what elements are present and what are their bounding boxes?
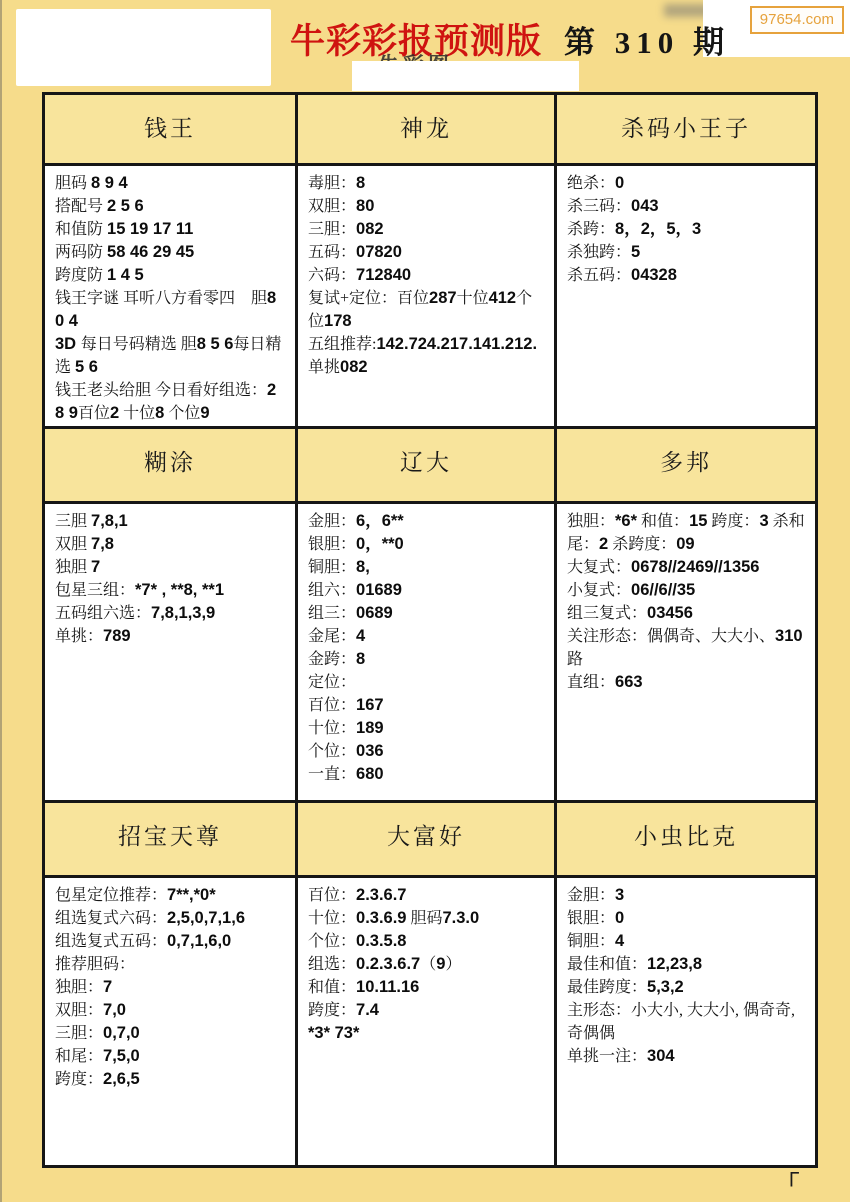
prediction-line: 直组：663 (567, 671, 809, 694)
prediction-label: 和值防 (55, 221, 107, 238)
prediction-label: 独胆 (55, 559, 91, 576)
prediction-value: 7,8,1 (91, 512, 128, 530)
prediction-line: 金胆：6，6** (308, 510, 548, 533)
panel-header-liaoda: 辽大 (298, 429, 554, 501)
prediction-label: 钱王字谜 耳听八方看零四 胆 (55, 290, 267, 307)
prediction-line: 钱王字谜 耳听八方看零四 胆8 0 4 (55, 287, 289, 333)
panel-header-qianwang: 钱王 (45, 95, 295, 163)
prediction-label: 十位 (457, 290, 489, 307)
prediction-line: 五码：07820 (308, 241, 548, 264)
prediction-value: 0 (615, 174, 624, 192)
prediction-value: 09 (676, 535, 694, 553)
panel-content-duobang: 独胆：*6* 和值：15 跨度：3 杀和尾：2 杀跨度：09大复式：0678//… (557, 504, 815, 800)
prediction-value: 7,5,0 (103, 1047, 140, 1065)
prediction-label: 毒胆： (308, 175, 356, 192)
prediction-label: 十位： (308, 910, 356, 927)
prediction-line: 推荐胆码： (55, 953, 289, 976)
prediction-line: 和尾：7,5,0 (55, 1045, 289, 1068)
prediction-label: 组三复式： (567, 605, 647, 622)
prediction-label: 跨度防 (55, 267, 107, 284)
prediction-label: 单挑 (308, 359, 340, 376)
prediction-value: 8 5 6 (197, 335, 234, 353)
prediction-label: 推荐胆码： (55, 956, 135, 973)
panel-header-shamaxiaowangzi: 杀码小王子 (557, 95, 815, 163)
prediction-label: ） (445, 956, 461, 973)
prediction-line: *3* 73* (308, 1022, 548, 1045)
prediction-label: 胆码 (55, 175, 91, 192)
prediction-label: 钱王老头给胆 今日看好组选： (55, 382, 267, 399)
prediction-value: 5,3,2 (647, 978, 684, 996)
prediction-line: 百位：167 (308, 694, 548, 717)
prediction-value: 0678//2469//1356 (631, 558, 759, 576)
prediction-line: 单挑082 (308, 356, 548, 379)
prediction-label: 搭配号 (55, 198, 107, 215)
panel-content-xiaochongbike: 金胆：3银胆：0铜胆：4最佳和值：12,23,8最佳跨度：5,3,2主形态：小大… (557, 878, 815, 1165)
prediction-label: 胆码 (406, 910, 442, 927)
prediction-label: 单挑： (55, 628, 103, 645)
prediction-value: 8 (155, 404, 164, 422)
prediction-value: 7**,*0* (167, 886, 216, 904)
prediction-value: 178 (324, 312, 352, 330)
prediction-value: 712840 (356, 266, 411, 284)
prediction-value: 8 9 4 (91, 174, 128, 192)
prediction-label: 三胆 (55, 513, 91, 530)
prediction-label: 组选复式六码： (55, 910, 167, 927)
panel-header-zhaobaotianzun: 招宝天尊 (45, 803, 295, 875)
scan-edge-line (0, 0, 2, 1202)
prediction-line: 复试+定位：百位287十位412个位178 (308, 287, 548, 333)
prediction-label: 独胆： (567, 513, 615, 530)
prediction-line: 杀五码：04328 (567, 264, 809, 287)
prediction-line: 大复式：0678//2469//1356 (567, 556, 809, 579)
prediction-value: 58 46 29 45 (107, 243, 194, 261)
prediction-line: 单挑：789 (55, 625, 289, 648)
panel-content-hutu: 三胆 7,8,1双胆 7,8独胆 7包星三组：*7* , **8, **1五码组… (45, 504, 295, 800)
prediction-value: 663 (615, 673, 643, 691)
prediction-label: 银胆： (567, 910, 615, 927)
prediction-value: 4 (615, 932, 624, 950)
prediction-label: 五码组六选： (55, 605, 151, 622)
prediction-line: 个位：036 (308, 740, 548, 763)
prediction-label: 金尾： (308, 628, 356, 645)
prediction-line: 三胆：082 (308, 218, 548, 241)
prediction-label: 个位： (308, 743, 356, 760)
prediction-value: 7,0 (103, 1001, 126, 1019)
watermark: 97654.com (750, 6, 844, 34)
prediction-value: 142.724.217.141.212. (376, 335, 537, 353)
prediction-label: 铜胆： (308, 559, 356, 576)
prediction-value: 789 (103, 627, 131, 645)
prediction-line: 最佳跨度：5,3,2 (567, 976, 809, 999)
prediction-label: 复试+定位：百位 (308, 290, 429, 307)
prediction-value: 03456 (647, 604, 693, 622)
prediction-value: 8 (356, 650, 365, 668)
prediction-line: 独胆 7 (55, 556, 289, 579)
prediction-line: 包星三组：*7* , **8, **1 (55, 579, 289, 602)
prediction-value: 2 (599, 535, 608, 553)
prediction-label: 百位 (78, 405, 110, 422)
prediction-value: 5 (631, 243, 640, 261)
prediction-label: 两码防 (55, 244, 107, 261)
prediction-value: *7* , **8, **1 (135, 581, 224, 599)
panel-content-qianwang: 胆码 8 9 4搭配号 2 5 6和值防 15 19 17 11两码防 58 4… (45, 166, 295, 426)
prediction-value: 6，6** (356, 512, 404, 530)
prediction-label: 包星定位推荐： (55, 887, 167, 904)
prediction-label: 个位： (308, 933, 356, 950)
blank-overlay-top-left (16, 9, 271, 86)
prediction-value: 7,8 (91, 535, 114, 553)
prediction-value: 2,6,5 (103, 1070, 140, 1088)
prediction-line: 金跨：8 (308, 648, 548, 671)
prediction-value: 07820 (356, 243, 402, 261)
prediction-line: 跨度：7.4 (308, 999, 548, 1022)
prediction-line: 杀独跨：5 (567, 241, 809, 264)
prediction-line: 双胆：80 (308, 195, 548, 218)
prediction-line: 组六：01689 (308, 579, 548, 602)
prediction-value: 2.3.6.7 (356, 886, 406, 904)
prediction-value: 15 (689, 512, 707, 530)
prediction-line: 铜胆：8, (308, 556, 548, 579)
prediction-value: 7 (91, 558, 100, 576)
panel-header-xiaochongbike: 小虫比克 (557, 803, 815, 875)
prediction-label: 杀跨： (567, 221, 615, 238)
prediction-line: 组选复式六码：2,5,0,7,1,6 (55, 907, 289, 930)
prediction-label: 直组： (567, 674, 615, 691)
prediction-value: 8，2，5，3 (615, 220, 701, 238)
prediction-label: 关注形态：偶偶奇、大大小、 (567, 628, 775, 645)
prediction-value: 304 (647, 1047, 675, 1065)
prediction-line: 两码防 58 46 29 45 (55, 241, 289, 264)
prediction-label: 杀独跨： (567, 244, 631, 261)
prediction-label: 金跨： (308, 651, 356, 668)
prediction-label: 双胆： (308, 198, 356, 215)
prediction-value: 310 (775, 627, 803, 645)
prediction-value: 01689 (356, 581, 402, 599)
prediction-line: 最佳和值：12,23,8 (567, 953, 809, 976)
prediction-value: 3D (55, 335, 81, 353)
prediction-value: 7 (103, 978, 112, 996)
prediction-line: 杀三码：043 (567, 195, 809, 218)
prediction-label: 组选： (308, 956, 356, 973)
prediction-value: 80 (356, 197, 374, 215)
prediction-line: 定位： (308, 671, 548, 694)
prediction-value: 10.11.16 (356, 978, 419, 996)
prediction-value: 12,23,8 (647, 955, 702, 973)
prediction-label: 组选复式五码： (55, 933, 167, 950)
prediction-line: 搭配号 2 5 6 (55, 195, 289, 218)
prediction-label: 单挑一注： (567, 1048, 647, 1065)
prediction-label: 双胆： (55, 1002, 103, 1019)
prediction-label: 三胆： (55, 1025, 103, 1042)
prediction-line: 和值：10.11.16 (308, 976, 548, 999)
prediction-value: 0，**0 (356, 535, 404, 553)
prediction-label: 和值： (637, 513, 689, 530)
prediction-line: 独胆：*6* 和值：15 跨度：3 杀和尾：2 杀跨度：09 (567, 510, 809, 556)
panel-content-shenlong: 毒胆：8双胆：80三胆：082五码：07820六码：712840复试+定位：百位… (298, 166, 554, 426)
prediction-line: 三胆 7,8,1 (55, 510, 289, 533)
prediction-label: 双胆 (55, 536, 91, 553)
prediction-line: 五码组六选：7,8,1,3,9 (55, 602, 289, 625)
blank-overlay-under-title (352, 61, 579, 91)
prediction-value: 680 (356, 765, 384, 783)
prediction-value: 0.2.3.6.7 (356, 955, 420, 973)
prediction-line: 组三复式：03456 (567, 602, 809, 625)
prediction-line: 组选复式五码：0,7,1,6,0 (55, 930, 289, 953)
prediction-value: 8 (356, 174, 365, 192)
prediction-label: 大复式： (567, 559, 631, 576)
prediction-value: *3* 73* (308, 1024, 359, 1042)
prediction-value: *6* (615, 512, 637, 530)
panel-header-hutu: 糊涂 (45, 429, 295, 501)
prediction-label: 绝杀： (567, 175, 615, 192)
prediction-value: 0689 (356, 604, 393, 622)
prediction-line: 杀跨：8，2，5，3 (567, 218, 809, 241)
prediction-label: 和值： (308, 979, 356, 996)
prediction-label: 小复式： (567, 582, 631, 599)
prediction-label: 银胆： (308, 536, 356, 553)
prediction-label: 百位： (308, 887, 356, 904)
prediction-line: 三胆：0,7,0 (55, 1022, 289, 1045)
prediction-label: 五组推荐: (308, 336, 376, 353)
prediction-value: 04328 (631, 266, 677, 284)
prediction-line: 银胆：0 (567, 907, 809, 930)
prediction-label: 跨度： (55, 1071, 103, 1088)
prediction-label: 杀三码： (567, 198, 631, 215)
prediction-value: 189 (356, 719, 384, 737)
prediction-value: 036 (356, 742, 384, 760)
prediction-line: 六码：712840 (308, 264, 548, 287)
prediction-line: 一直：680 (308, 763, 548, 786)
prediction-line: 铜胆：4 (567, 930, 809, 953)
prediction-value: 2 (110, 404, 119, 422)
prediction-line: 钱王老头给胆 今日看好组选：2 8 9百位2 十位8 个位9 (55, 379, 289, 425)
prediction-label: 五码： (308, 244, 356, 261)
prediction-line: 绝杀：0 (567, 172, 809, 195)
prediction-line: 组选：0.2.3.6.7（9） (308, 953, 548, 976)
prediction-label: 定位： (308, 674, 356, 691)
prediction-table: 钱王神龙杀码小王子胆码 8 9 4搭配号 2 5 6和值防 15 19 17 1… (42, 92, 818, 1168)
prediction-label: 最佳跨度： (567, 979, 647, 996)
prediction-value: 06//6//35 (631, 581, 695, 599)
prediction-value: 7.4 (356, 1001, 379, 1019)
prediction-label: 主形态：小大小, 大大小, 偶奇奇, 奇偶偶 (567, 1002, 795, 1042)
prediction-line: 3D 每日号码精选 胆8 5 6每日精选 5 6 (55, 333, 289, 379)
panel-header-shenlong: 神龙 (298, 95, 554, 163)
prediction-label: 组三： (308, 605, 356, 622)
prediction-value: 7,8,1,3,9 (151, 604, 215, 622)
prediction-value: 412 (489, 289, 517, 307)
prediction-value: 0.3.6.9 (356, 909, 406, 927)
panel-header-duobang: 多邦 (557, 429, 815, 501)
prediction-value: 8, (356, 558, 370, 576)
page-corner-mark: Γ (789, 1169, 799, 1193)
prediction-line: 小复式：06//6//35 (567, 579, 809, 602)
prediction-label: 包星三组： (55, 582, 135, 599)
prediction-line: 跨度防 1 4 5 (55, 264, 289, 287)
prediction-line: 独胆：7 (55, 976, 289, 999)
prediction-line: 个位：0.3.5.8 (308, 930, 548, 953)
prediction-line: 单挑一注：304 (567, 1045, 809, 1068)
prediction-value: 3 (615, 886, 624, 904)
prediction-line: 主形态：小大小, 大大小, 偶奇奇, 奇偶偶 (567, 999, 809, 1045)
prediction-label: 跨度： (308, 1002, 356, 1019)
prediction-value: 5 6 (75, 358, 98, 376)
prediction-label: 最佳和值： (567, 956, 647, 973)
prediction-label: 十位： (308, 720, 356, 737)
prediction-value: 7.3.0 (443, 909, 480, 927)
prediction-line: 跨度：2,6,5 (55, 1068, 289, 1091)
prediction-label: 路 (567, 651, 583, 668)
prediction-label: 每日号码精选 胆 (81, 336, 197, 353)
prediction-label: 跨度： (707, 513, 759, 530)
prediction-label: 一直： (308, 766, 356, 783)
panel-header-dafuhao: 大富好 (298, 803, 554, 875)
prediction-label: 独胆： (55, 979, 103, 996)
prediction-label: 三胆： (308, 221, 356, 238)
prediction-label: 和尾： (55, 1048, 103, 1065)
prediction-value: 082 (356, 220, 384, 238)
prediction-line: 十位：189 (308, 717, 548, 740)
prediction-value: 15 19 17 11 (107, 220, 193, 238)
panel-content-zhaobaotianzun: 包星定位推荐：7**,*0*组选复式六码：2,5,0,7,1,6组选复式五码：0… (45, 878, 295, 1165)
prediction-line: 包星定位推荐：7**,*0* (55, 884, 289, 907)
prediction-line: 毒胆：8 (308, 172, 548, 195)
prediction-value: 3 (759, 512, 768, 530)
prediction-line: 关注形态：偶偶奇、大大小、310路 (567, 625, 809, 671)
prediction-value: 9 (200, 404, 209, 422)
prediction-label: 个位 (164, 405, 200, 422)
panel-content-dafuhao: 百位：2.3.6.7十位：0.3.6.9 胆码7.3.0个位：0.3.5.8组选… (298, 878, 554, 1165)
prediction-label: 金胆： (308, 513, 356, 530)
panel-content-shamaxiaowangzi: 绝杀：0杀三码：043杀跨：8，2，5，3杀独跨：5杀五码：04328 (557, 166, 815, 426)
prediction-line: 金胆：3 (567, 884, 809, 907)
prediction-value: 0,7,1,6,0 (167, 932, 231, 950)
prediction-value: 0,7,0 (103, 1024, 140, 1042)
prediction-value: 043 (631, 197, 659, 215)
prediction-label: 百位： (308, 697, 356, 714)
issue-number: 第 310 期 (564, 25, 730, 60)
prediction-value: 1 4 5 (107, 266, 144, 284)
prediction-label: 杀跨度： (608, 536, 676, 553)
prediction-line: 十位：0.3.6.9 胆码7.3.0 (308, 907, 548, 930)
page-title: 牛彩彩报预测版第 310 期 (290, 14, 730, 64)
prediction-line: 百位：2.3.6.7 (308, 884, 548, 907)
prediction-value: 287 (429, 289, 457, 307)
panel-content-liaoda: 金胆：6，6**银胆：0，**0铜胆：8,组六：01689组三：0689金尾：4… (298, 504, 554, 800)
prediction-line: 胆码 8 9 4 (55, 172, 289, 195)
prediction-value: 0.3.5.8 (356, 932, 406, 950)
prediction-line: 五组推荐:142.724.217.141.212. (308, 333, 548, 356)
prediction-label: 十位 (119, 405, 155, 422)
prediction-value: 4 (356, 627, 365, 645)
prediction-label: 杀五码： (567, 267, 631, 284)
prediction-label: 金胆： (567, 887, 615, 904)
prediction-line: 金尾：4 (308, 625, 548, 648)
prediction-value: 2,5,0,7,1,6 (167, 909, 245, 927)
prediction-label: 组六： (308, 582, 356, 599)
prediction-line: 和值防 15 19 17 11 (55, 218, 289, 241)
prediction-line: 组三：0689 (308, 602, 548, 625)
prediction-label: 铜胆： (567, 933, 615, 950)
prediction-label: （ (420, 956, 436, 973)
prediction-label: 六码： (308, 267, 356, 284)
prediction-value: 2 5 6 (107, 197, 144, 215)
prediction-value: 0 (615, 909, 624, 927)
prediction-value: 167 (356, 696, 384, 714)
prediction-value: 082 (340, 358, 368, 376)
prediction-line: 双胆 7,8 (55, 533, 289, 556)
prediction-line: 双胆：7,0 (55, 999, 289, 1022)
lottery-report-page: 牛彩彩报预测版第 310 期 牛彩图 97654.com 钱王神龙杀码小王子胆码… (0, 0, 850, 1202)
prediction-line: 银胆：0，**0 (308, 533, 548, 556)
